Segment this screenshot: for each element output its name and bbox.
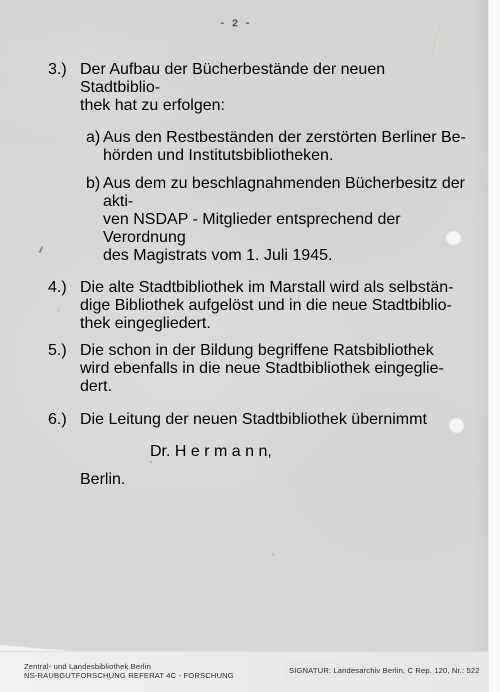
item-text: Die alte Stadtbibliothek im Marstall wir…: [80, 279, 453, 333]
scan-edge-right: [488, 0, 500, 692]
item-marker: 5.): [48, 342, 80, 396]
item-text: Die schon in der Bildung begriffene Rats…: [80, 342, 444, 396]
item-marker: 3.): [48, 61, 80, 115]
item-marker: 4.): [48, 279, 80, 333]
scanned-document-page: - 2 - 3.) Der Aufbau der Bücherbestände …: [0, 0, 500, 692]
item-line: wird ebenfalls in die neue Stadtbiblioth…: [80, 360, 444, 378]
punch-hole-top: [446, 231, 461, 245]
item-line: thek eingegliedert.: [80, 315, 453, 333]
list-item-4: 4.) Die alte Stadtbibliothek im Marstall…: [48, 279, 468, 333]
item-text: Der Aufbau der Bücherbestände der neuen …: [80, 61, 468, 115]
sub-item-b: b) Aus dem zu beschlagnahmenden Bücherbe…: [86, 175, 468, 265]
item-line: dert.: [80, 378, 444, 396]
footer-institution-line2: NS-RAUBGUTFORSCHUNG REFERAT 4C - FORSCHU…: [24, 672, 234, 681]
sub-item-text: Aus den Restbeständen der zerstörten Ber…: [103, 129, 466, 165]
item-line: thek hat zu erfolgen:: [80, 97, 468, 115]
list-item-6: 6.) Die Leitung der neuen Stadtbibliothe…: [48, 411, 468, 429]
sub-item-marker: a): [86, 129, 103, 165]
item-line: Die Leitung der neuen Stadtbibliothek üb…: [80, 411, 427, 429]
item-line: Die alte Stadtbibliothek im Marstall wir…: [80, 279, 453, 297]
sub-item-marker: b): [86, 175, 103, 265]
item-line: dige Bibliothek aufgelöst und in die neu…: [80, 297, 453, 315]
punch-hole-bottom: [449, 418, 464, 433]
item-line: ven NSDAP - Mitglieder entsprechend der …: [103, 211, 468, 247]
document-body: 3.) Der Aufbau der Bücherbestände der ne…: [48, 61, 468, 489]
item-line: Die schon in der Bildung begriffene Rats…: [80, 342, 444, 360]
signature-name: Dr. H e r m a n n,: [150, 443, 468, 461]
sub-item-a: a) Aus den Restbeständen der zerstörten …: [86, 129, 468, 165]
item-line: Aus den Restbeständen der zerstörten Ber…: [103, 129, 466, 147]
list-item-3: 3.) Der Aufbau der Bücherbestände der ne…: [48, 61, 468, 115]
place-line: Berlin.: [80, 471, 468, 489]
item-marker: 6.): [48, 411, 80, 429]
item-line: hörden und Institutsbibliotheken.: [103, 147, 466, 165]
item-line: Der Aufbau der Bücherbestände der neuen …: [80, 61, 468, 97]
item-text: Die Leitung der neuen Stadtbibliothek üb…: [80, 411, 427, 429]
item-line: Aus dem zu beschlagnahmenden Bücherbesit…: [103, 175, 468, 211]
sub-item-text: Aus dem zu beschlagnahmenden Bücherbesit…: [103, 175, 468, 265]
archive-signature: SIGNATUR: Landesarchiv Berlin, C Rep. 12…: [289, 666, 480, 675]
list-item-5: 5.) Die schon in der Bildung begriffene …: [48, 342, 468, 396]
page-number: - 2 -: [219, 20, 251, 30]
pencil-mark: [422, 20, 450, 58]
footer-institution: Zentral- und Landesbibliothek Berlin NS-…: [24, 663, 234, 680]
item-line: des Magistrats vom 1. Juli 1945.: [103, 247, 468, 265]
